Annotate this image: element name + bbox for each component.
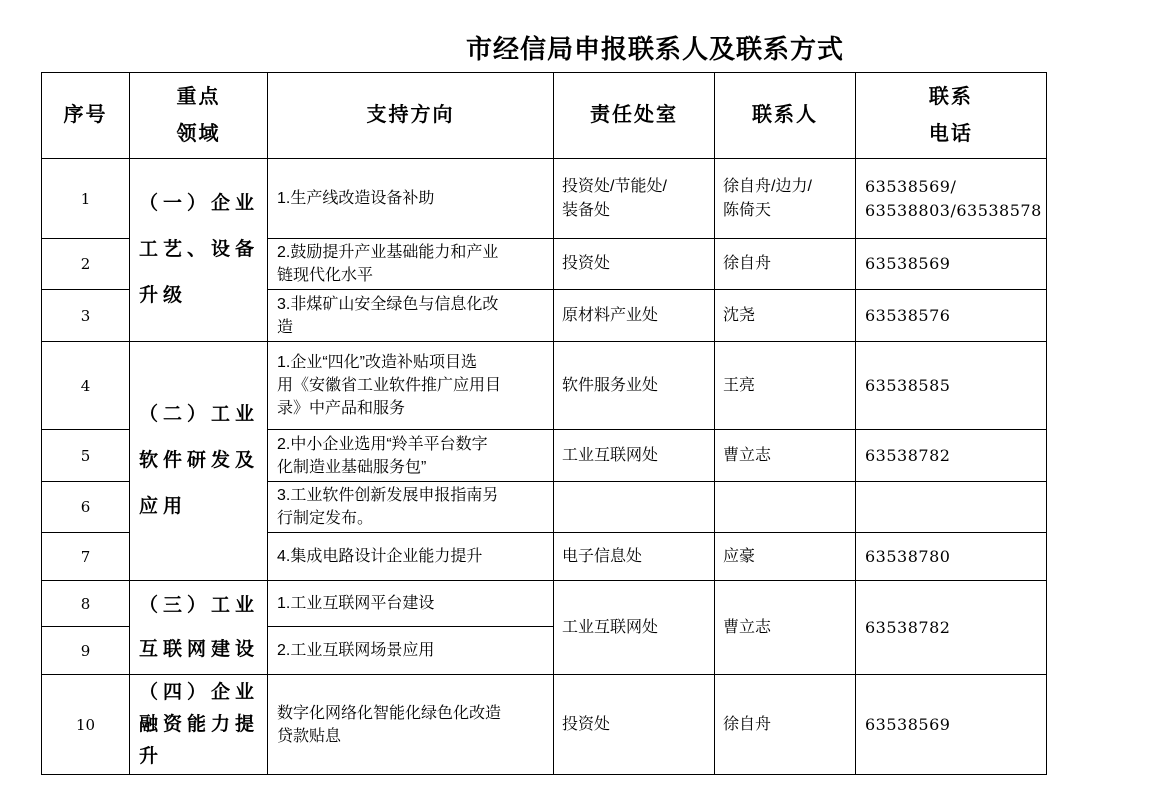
cell-area-2: （二）工业 软件研发及 应用 [130,342,268,581]
cell-no: 4 [42,342,130,430]
cell-no: 6 [42,482,130,533]
cell-phone: 63538585 [856,342,1047,430]
cell-office: 投资处/节能处/ 装备处 [554,159,715,239]
cell-office [554,482,715,533]
cell-no: 3 [42,290,130,342]
cell-no: 2 [42,239,130,290]
cell-direction: 2.工业互联网场景应用 [268,627,554,675]
cell-no: 9 [42,627,130,675]
cell-area-4: （四）企业 融资能力提 升 [130,675,268,775]
header-no: 序号 [42,73,130,159]
cell-direction: 3.非煤矿山安全绿色与信息化改 造 [268,290,554,342]
cell-phone: 63538569 [856,239,1047,290]
cell-phone: 63538782 [856,430,1047,482]
cell-no: 7 [42,533,130,581]
cell-contact: 曹立志 [715,430,856,482]
cell-contact: 徐自舟 [715,675,856,775]
cell-no: 1 [42,159,130,239]
cell-direction: 1.生产线改造设备补助 [268,159,554,239]
cell-contact: 曹立志 [715,581,856,675]
table-row: 8 （三）工业 互联网建设 1.工业互联网平台建设 工业互联网处 曹立志 635… [42,581,1047,627]
header-contact: 联系人 [715,73,856,159]
cell-direction: 数字化网络化智能化绿色化改造 贷款贴息 [268,675,554,775]
header-area: 重点 领域 [130,73,268,159]
cell-office: 投资处 [554,239,715,290]
cell-contact: 沈尧 [715,290,856,342]
cell-office: 电子信息处 [554,533,715,581]
cell-direction: 2.鼓励提升产业基础能力和产业 链现代化水平 [268,239,554,290]
cell-direction: 4.集成电路设计企业能力提升 [268,533,554,581]
table-row: 10 （四）企业 融资能力提 升 数字化网络化智能化绿色化改造 贷款贴息 投资处… [42,675,1047,775]
cell-phone: 63538569 [856,675,1047,775]
cell-area-3: （三）工业 互联网建设 [130,581,268,675]
cell-direction: 2.中小企业选用“羚羊平台数字 化制造业基础服务包” [268,430,554,482]
cell-office: 投资处 [554,675,715,775]
cell-office: 原材料产业处 [554,290,715,342]
table-row: 4 （二）工业 软件研发及 应用 1.企业“四化”改造补贴项目选 用《安徽省工业… [42,342,1047,430]
header-direction: 支持方向 [268,73,554,159]
cell-contact: 王亮 [715,342,856,430]
cell-direction: 1.企业“四化”改造补贴项目选 用《安徽省工业软件推广应用目 录》中产品和服务 [268,342,554,430]
cell-no: 10 [42,675,130,775]
header-phone: 联系 电话 [856,73,1047,159]
cell-office: 工业互联网处 [554,581,715,675]
cell-phone: 63538576 [856,290,1047,342]
cell-direction: 1.工业互联网平台建设 [268,581,554,627]
cell-office: 工业互联网处 [554,430,715,482]
cell-direction: 3.工业软件创新发展申报指南另 行制定发布。 [268,482,554,533]
contacts-table: 序号 重点 领域 支持方向 责任处室 联系人 联系 电话 1 （一）企业 工艺、… [41,72,1047,775]
cell-no: 8 [42,581,130,627]
cell-contact: 徐自舟/边力/ 陈倚天 [715,159,856,239]
cell-no: 5 [42,430,130,482]
cell-phone: 63538782 [856,581,1047,675]
cell-phone: 63538569/ 63538803/63538578 [856,159,1047,239]
page-root: { "page": { "title": "市经信局申报联系人及联系方式" },… [0,0,1155,794]
cell-area-1: （一）企业 工艺、设备 升级 [130,159,268,342]
table-row: 1 （一）企业 工艺、设备 升级 1.生产线改造设备补助 投资处/节能处/ 装备… [42,159,1047,239]
cell-contact: 徐自舟 [715,239,856,290]
header-office: 责任处室 [554,73,715,159]
cell-office: 软件服务业处 [554,342,715,430]
cell-phone: 63538780 [856,533,1047,581]
cell-contact [715,482,856,533]
cell-phone [856,482,1047,533]
header-row: 序号 重点 领域 支持方向 责任处室 联系人 联系 电话 [42,73,1047,159]
cell-contact: 应豪 [715,533,856,581]
page-title: 市经信局申报联系人及联系方式 [466,29,844,66]
